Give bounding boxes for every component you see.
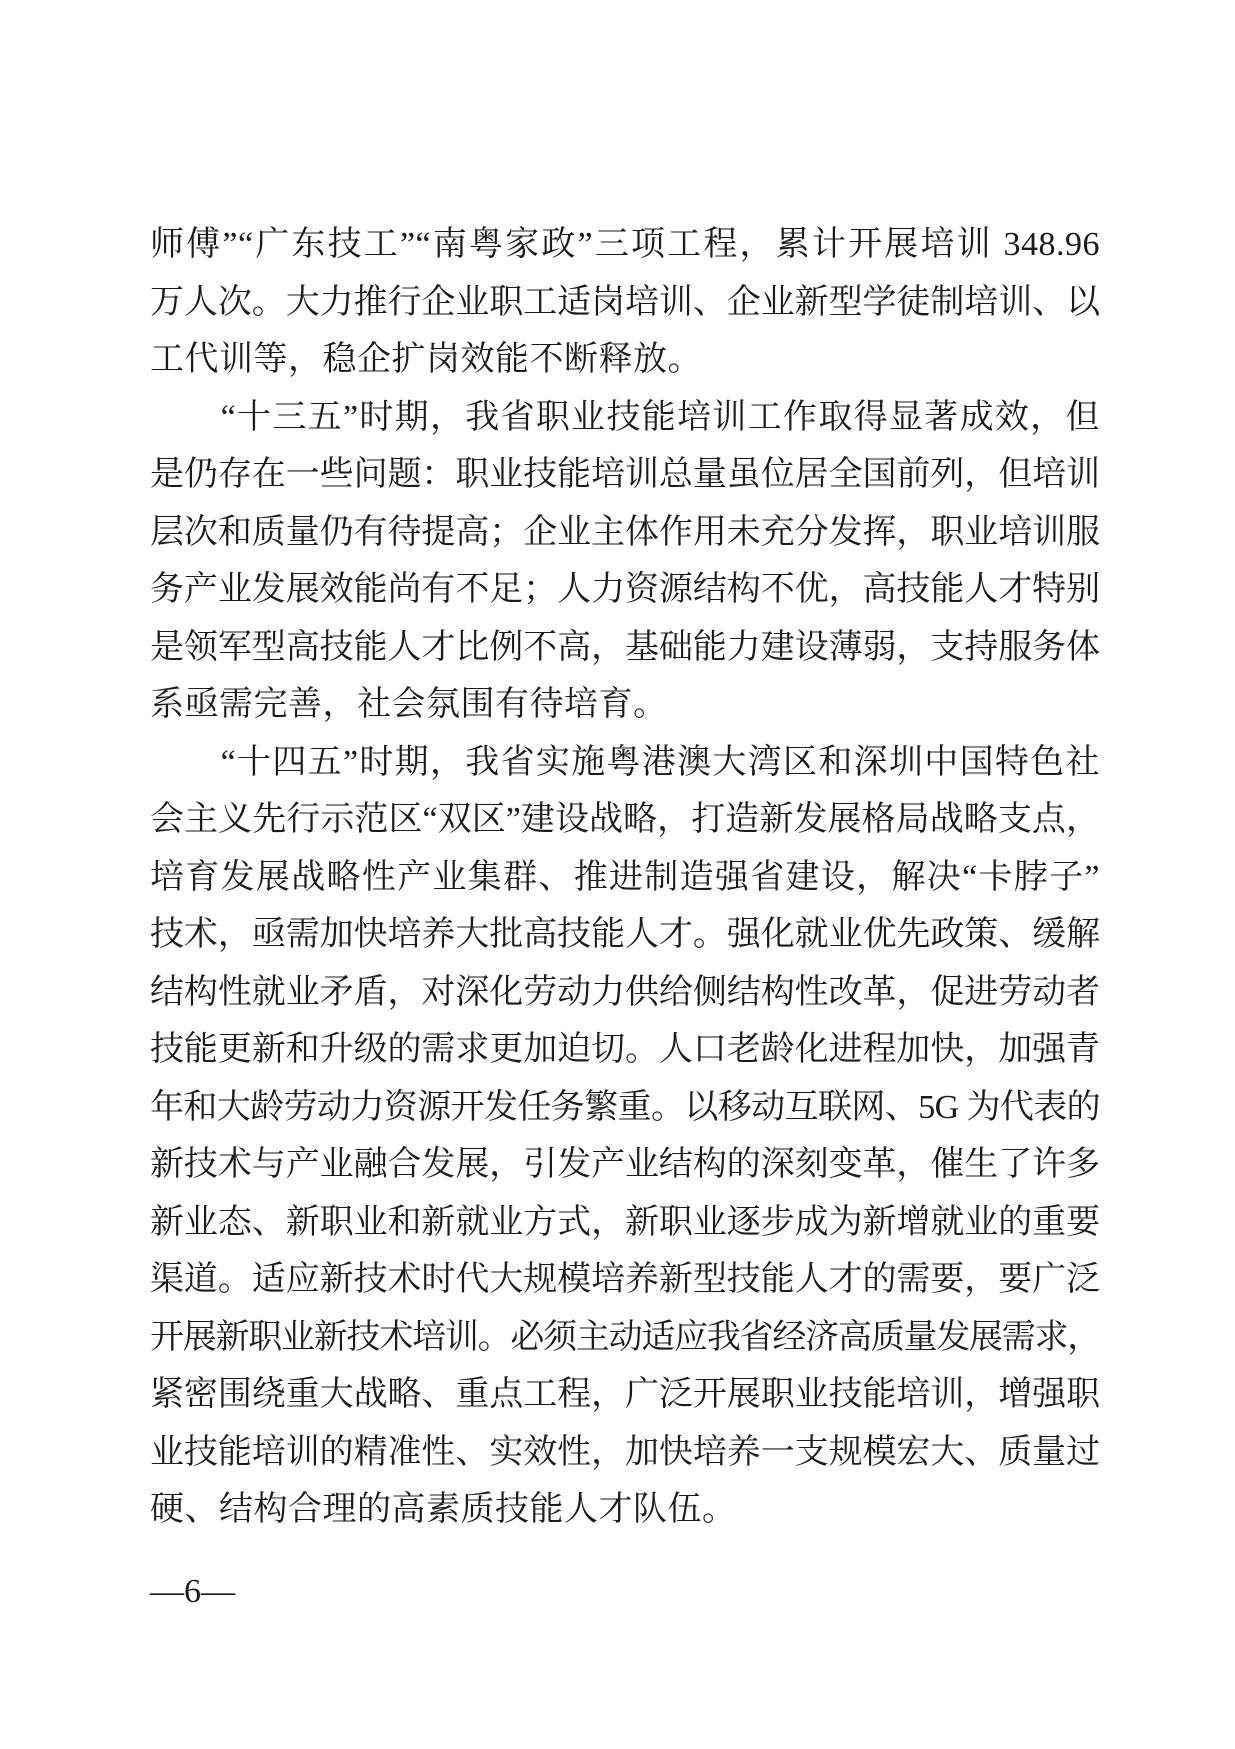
text-line: 年和大龄劳动力资源开发任务繁重。以移动互联网、5G 为代表的 — [150, 1079, 1100, 1137]
text-line: 技能更新和升级的需求更加迫切。人口老龄化进程加快，加强青 — [150, 1021, 1100, 1079]
text-line: 务产业发展效能尚有不足；人力资源结构不优，高技能人才特别 — [150, 561, 1100, 619]
text-line: 是仍存在一些问题：职业技能培训总量虽位居全国前列，但培训 — [150, 446, 1100, 504]
text-line: 结构性就业矛盾，对深化劳动力供给侧结构性改革，促进劳动者 — [150, 964, 1100, 1022]
text-line: 硬、结构合理的高素质技能人才队伍。 — [150, 1481, 1100, 1539]
text-line: 业技能培训的精准性、实效性，加快培养一支规模宏大、质量过 — [150, 1424, 1100, 1482]
paragraph: “十四五”时期，我省实施粤港澳大湾区和深圳中国特色社会主义先行示范区“双区”建设… — [150, 734, 1100, 1539]
text-line: 培育发展战略性产业集群、推进制造强省建设，解决“卡脖子” — [150, 849, 1100, 907]
text-line: 新业态、新职业和新就业方式，新职业逐步成为新增就业的重要 — [150, 1194, 1100, 1252]
text-line: 渠道。适应新技术时代大规模培养新型技能人才的需要，要广泛 — [150, 1251, 1100, 1309]
text-line: 层次和质量仍有待提高；企业主体作用未充分发挥，职业培训服 — [150, 504, 1100, 562]
text-line: 会主义先行示范区“双区”建设战略，打造新发展格局战略支点， — [150, 791, 1100, 849]
page-number: —6— — [150, 1572, 235, 1612]
text-line: 万人次。大力推行企业职工适岗培训、企业新型学徒制培训、以 — [150, 274, 1100, 332]
text-line: 工代训等，稳企扩岗效能不断释放。 — [150, 331, 1100, 389]
text-line: “十三五”时期，我省职业技能培训工作取得显著成效，但 — [150, 389, 1100, 447]
body-text: 师傅”“广东技工”“南粤家政”三项工程，累计开展培训 348.96万人次。大力推… — [150, 216, 1100, 1539]
paragraph: 师傅”“广东技工”“南粤家政”三项工程，累计开展培训 348.96万人次。大力推… — [150, 216, 1100, 389]
paragraph: “十三五”时期，我省职业技能培训工作取得显著成效，但是仍存在一些问题：职业技能培… — [150, 389, 1100, 734]
text-line: 师傅”“广东技工”“南粤家政”三项工程，累计开展培训 348.96 — [150, 216, 1100, 274]
document-page: 师傅”“广东技工”“南粤家政”三项工程，累计开展培训 348.96万人次。大力推… — [0, 0, 1235, 1749]
text-line: 开展新职业新技术培训。必须主动适应我省经济高质量发展需求， — [150, 1309, 1100, 1367]
text-line: 新技术与产业融合发展，引发产业结构的深刻变革，催生了许多 — [150, 1136, 1100, 1194]
text-line: 紧密围绕重大战略、重点工程，广泛开展职业技能培训，增强职 — [150, 1366, 1100, 1424]
text-line: 是领军型高技能人才比例不高，基础能力建设薄弱，支持服务体 — [150, 619, 1100, 677]
text-line: 系亟需完善，社会氛围有待培育。 — [150, 676, 1100, 734]
text-line: “十四五”时期，我省实施粤港澳大湾区和深圳中国特色社 — [150, 734, 1100, 792]
text-line: 技术，亟需加快培养大批高技能人才。强化就业优先政策、缓解 — [150, 906, 1100, 964]
